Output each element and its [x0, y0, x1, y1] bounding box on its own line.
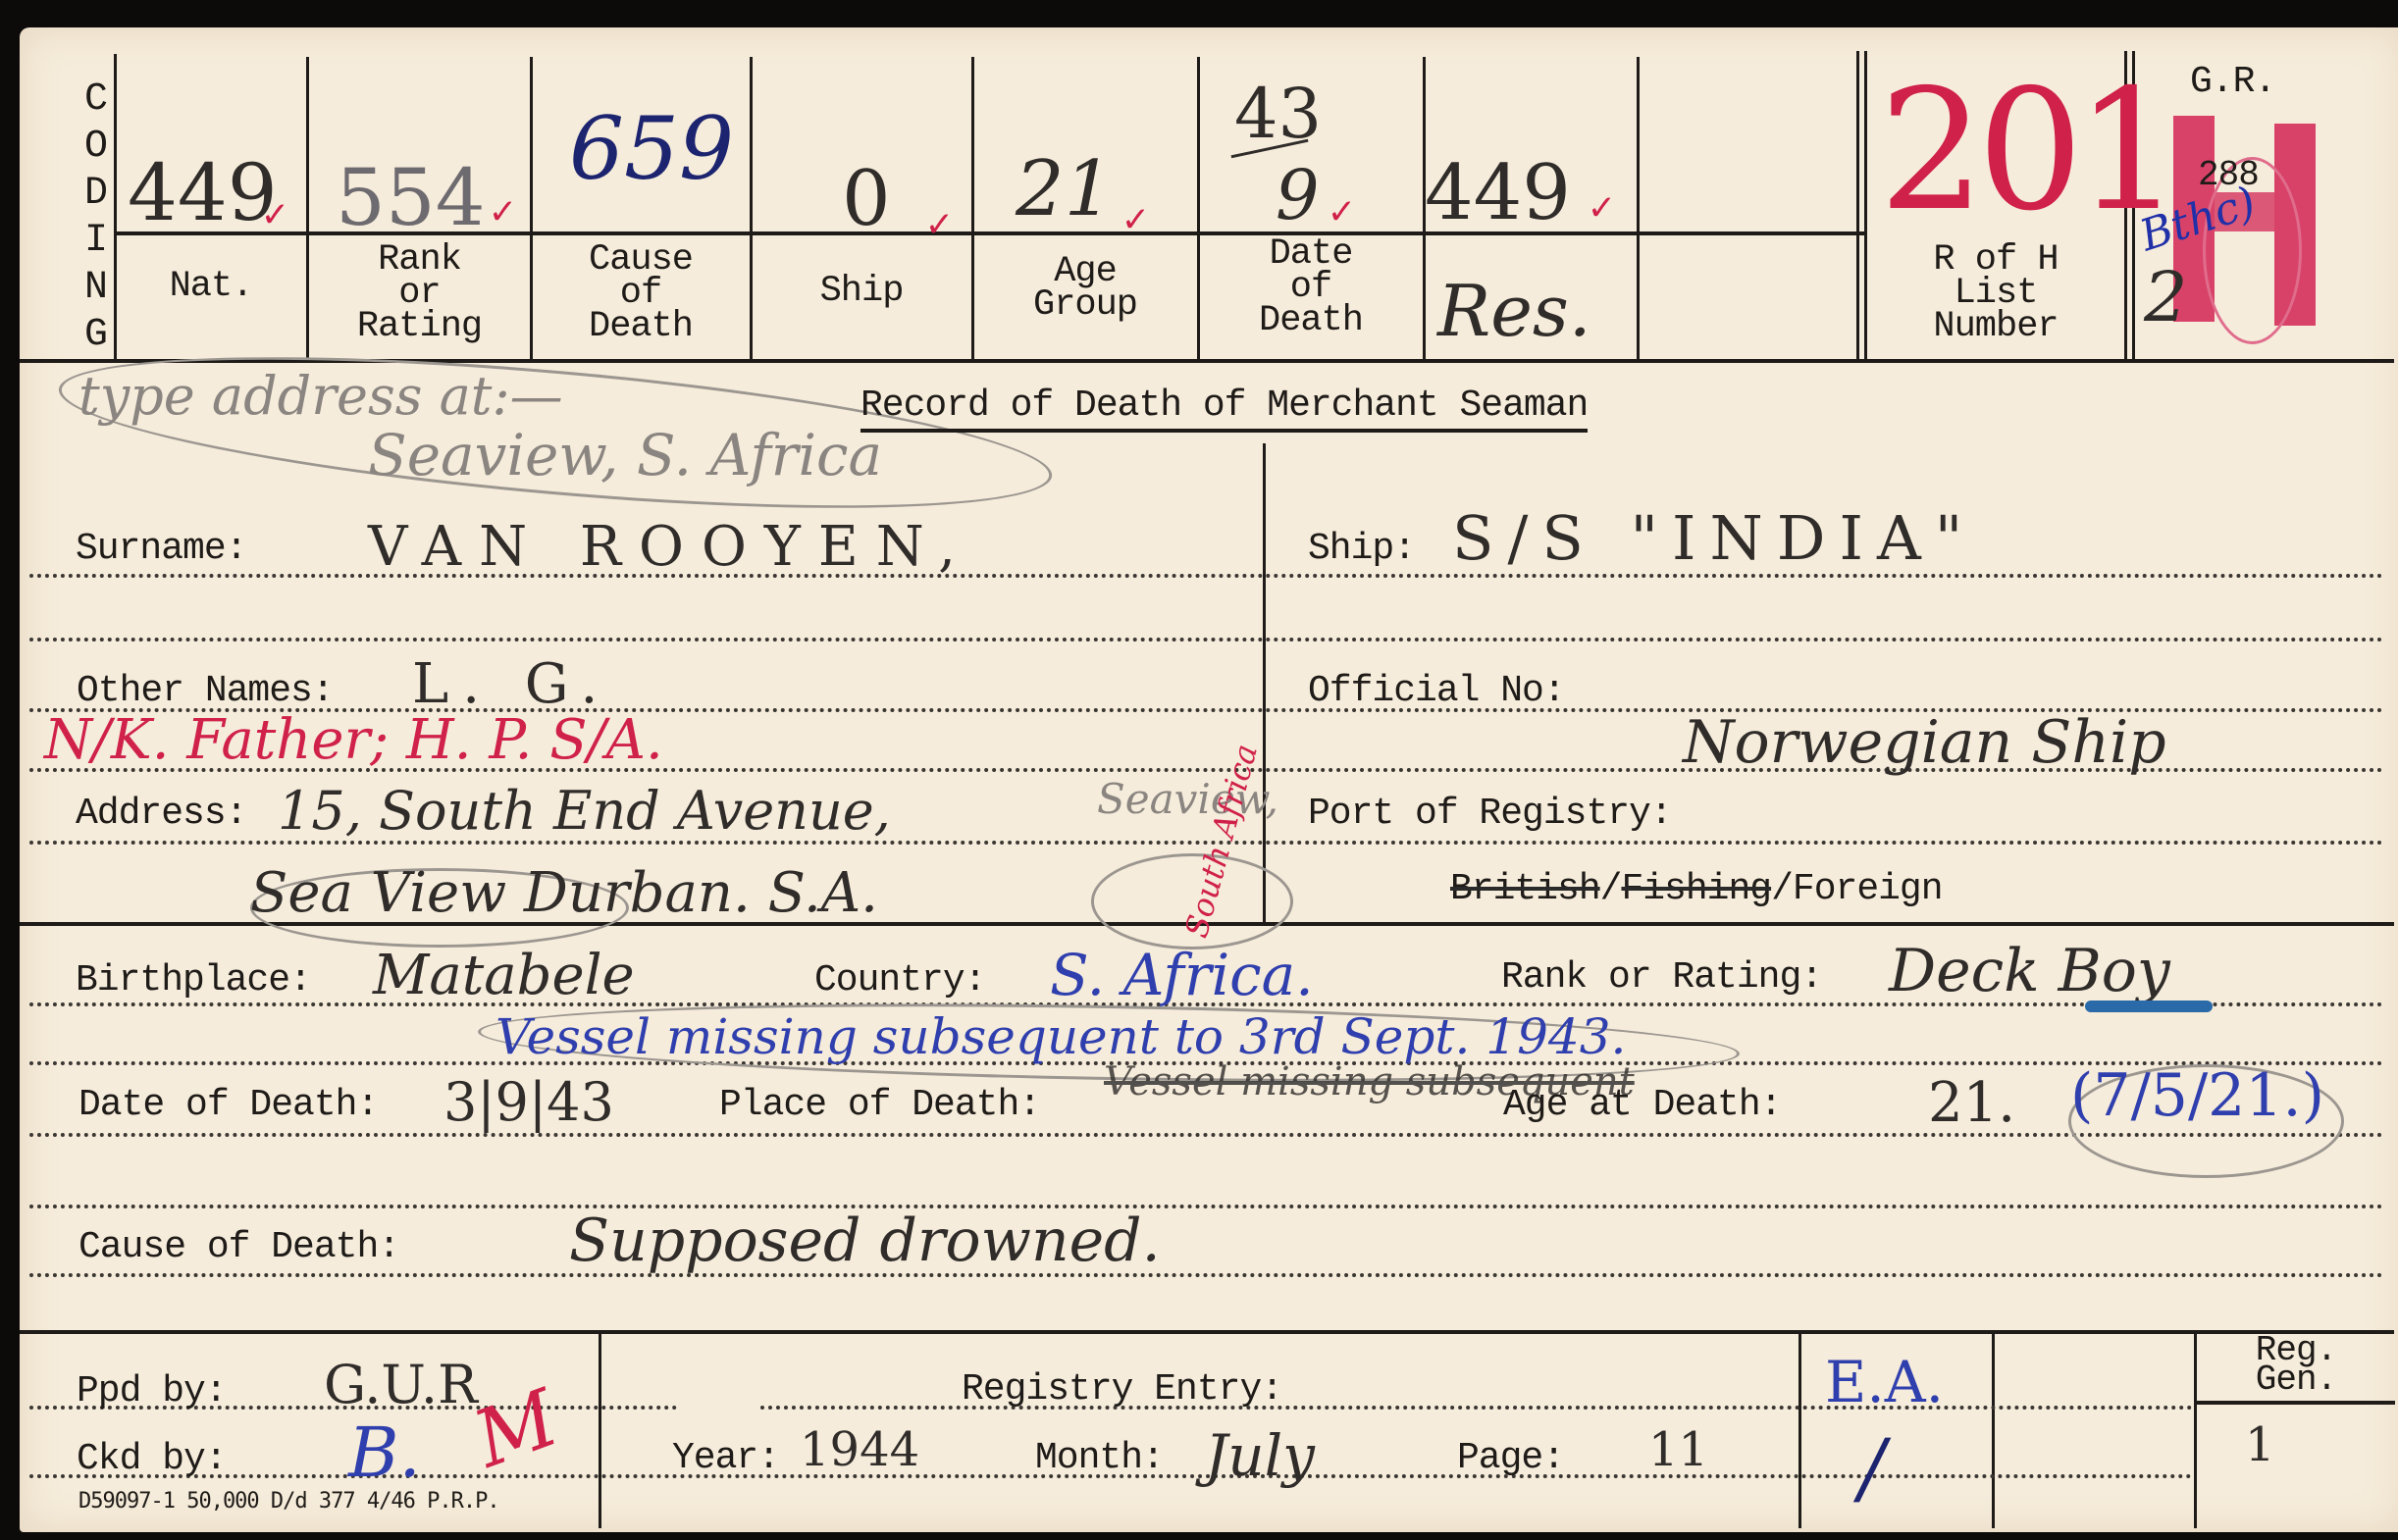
reg-gen-value: 1: [2245, 1417, 2275, 1472]
ppd-by-value: G.U.R: [324, 1354, 478, 1415]
footer-rule: [20, 1330, 2394, 1334]
coding-rank-value: 554: [336, 152, 486, 243]
next-of-kin-note: N/K. Father; H. P. S/A.: [44, 708, 663, 772]
birthplace-label: Birthplace:: [76, 959, 311, 1001]
grid-line: [750, 57, 753, 361]
col-header-date-of-death: DateofDeath: [1200, 237, 1422, 337]
grid-line: [1798, 1332, 1801, 1528]
grid-line: [1856, 51, 1859, 361]
type-address-note-line1: type address at:—: [78, 365, 563, 427]
place-of-death-label: Place of Death:: [719, 1084, 1040, 1126]
option-foreign: Foreign: [1793, 868, 1943, 910]
check-mark-icon: ✓: [1329, 188, 1353, 236]
surname-label: Surname:: [76, 528, 246, 570]
month-value: July: [1205, 1422, 1315, 1489]
month-label: Month:: [1035, 1437, 1164, 1479]
col-header-ship: Ship: [753, 275, 970, 308]
address-line2: Sea View Durban. S.A.: [250, 861, 878, 925]
official-no-value: Norwegian Ship: [1683, 708, 2166, 777]
ship-value: S/S "INDIA": [1452, 502, 1976, 574]
age-at-death-value: 21.: [1928, 1071, 2015, 1135]
rank-or-rating-value: Deck Boy: [1889, 937, 2170, 1005]
page-value: 11: [1648, 1422, 1708, 1477]
date-of-death-value: 3|9|43: [443, 1071, 614, 1133]
check-mark-icon: ✓: [263, 191, 287, 239]
grid-line: [599, 1332, 601, 1528]
grid-line: [2194, 1332, 2197, 1528]
col-header-rank: RankorRating: [309, 243, 530, 343]
coding-nat-value: 449: [128, 147, 278, 238]
grid-line: [114, 54, 117, 360]
port-of-registry-label: Port of Registry:: [1308, 793, 1672, 835]
coding-label: C O D I N G: [77, 77, 116, 359]
surname-value: VAN ROOYEN,: [368, 515, 973, 579]
ea-label: E.A.: [1825, 1349, 1944, 1415]
col-header-cause: CauseofDeath: [533, 243, 749, 343]
port-of-registry-options: British/Fishing/Foreign: [1450, 868, 1943, 910]
cause-of-death-label: Cause of Death:: [78, 1226, 399, 1268]
coding-res-label: Res.: [1437, 270, 1591, 352]
check-mark-icon: ✓: [1123, 196, 1147, 244]
print-code: D59097-1 50,000 D/d 377 4/46 P.R.P.: [78, 1489, 499, 1514]
registry-entry-label: Registry Entry:: [962, 1368, 1282, 1411]
rank-or-rating-label: Rank or Rating:: [1501, 956, 1822, 999]
cause-of-death-value: Supposed drowned.: [569, 1206, 1161, 1275]
coding-age-group-value: 21: [1016, 145, 1113, 233]
ppd-by-label: Ppd by:: [77, 1370, 227, 1412]
type-address-note-line2: Seaview, S. Africa: [368, 422, 882, 488]
date-of-birth-value: (7/5/21.): [2070, 1061, 2324, 1130]
vessel-note: Vessel missing subsequent to 3rd Sept. 1…: [495, 1008, 1626, 1065]
official-no-label: Official No:: [1308, 670, 1565, 712]
age-at-death-label: Age at Death:: [1503, 1084, 1781, 1126]
ckd-by-label: Ckd by:: [77, 1438, 227, 1480]
year-label: Year:: [672, 1437, 779, 1479]
section-divider: [1263, 443, 1266, 924]
grid-line: [1992, 1332, 1995, 1528]
gr-label: G.R.: [2190, 61, 2275, 103]
page-label: Page:: [1457, 1437, 1564, 1479]
check-mark-icon: ✓: [1590, 184, 1613, 232]
dotted-rule: [29, 1205, 2384, 1208]
coding-date-bottom-value: 9: [1276, 155, 1320, 235]
check-mark-icon: ✓: [491, 188, 514, 236]
col-header-r-of-h: R of HListNumber: [1867, 243, 2124, 343]
ship-label: Ship:: [1308, 528, 1415, 570]
coding-res-value: 449: [1425, 149, 1571, 237]
birthplace-value: Matabele: [373, 944, 635, 1007]
r-of-h-value: 201: [1879, 54, 2173, 248]
check-mark-icon: ✓: [927, 201, 951, 249]
blue-underline-mark: [2085, 1001, 2213, 1012]
other-names-label: Other Names:: [77, 670, 334, 712]
grid-line: [2194, 1401, 2395, 1405]
option-british: British: [1450, 868, 1600, 910]
option-fishing: Fishing: [1621, 868, 1771, 910]
ckd-by-value: B.: [348, 1412, 421, 1493]
coding-date-top-value: 43: [1234, 74, 1322, 154]
other-names-value: L. G.: [412, 652, 611, 716]
date-of-death-label: Date of Death:: [78, 1084, 378, 1126]
dotted-rule: [29, 1133, 2384, 1137]
country-value: S. Africa.: [1050, 942, 1314, 1008]
address-line1: 15, South End Avenue,: [278, 780, 891, 842]
country-label: Country:: [814, 959, 985, 1001]
coding-ship-value: 0: [842, 155, 891, 243]
year-value: 1944: [800, 1422, 919, 1477]
grid-line: [1637, 57, 1640, 361]
address-label: Address:: [76, 793, 246, 835]
dotted-rule: [29, 1273, 2384, 1277]
col-header-age-group: AgeGroup: [974, 255, 1196, 322]
dotted-rule: [29, 638, 2384, 642]
reg-gen-label: Reg.Gen.: [2198, 1336, 2394, 1395]
document-title: Record of Death of Merchant Seaman: [860, 385, 1588, 433]
coding-cause-value: 659: [569, 98, 734, 199]
col-header-nat: Nat.: [118, 270, 304, 303]
gr-annotation: 2: [2144, 257, 2188, 337]
